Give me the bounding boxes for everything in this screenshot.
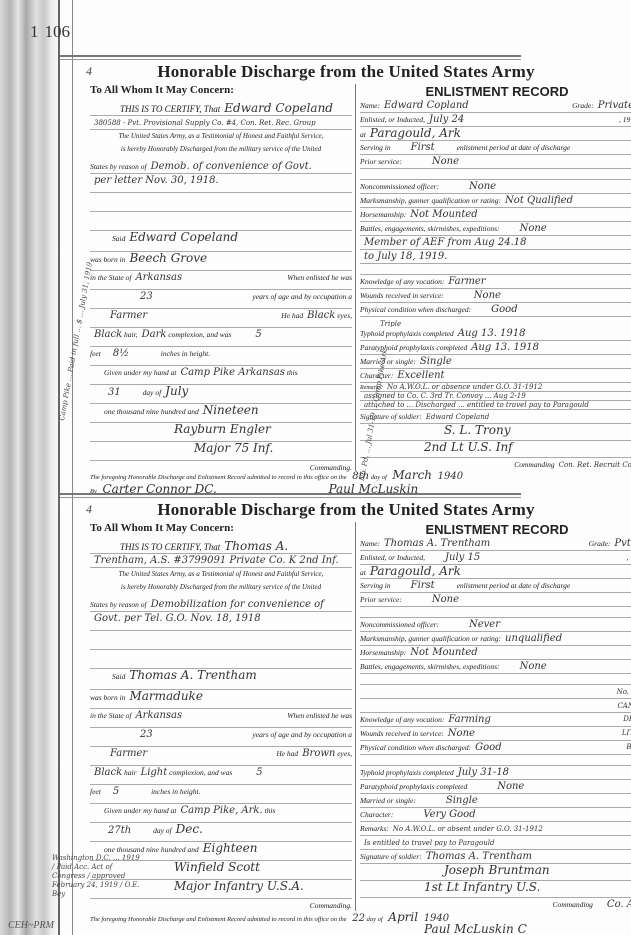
discharge-reason: Demob. of convenience of Govt. — [151, 161, 312, 172]
serial-line: 380588 - Pvt. Provisional Supply Co. #4,… — [94, 119, 316, 127]
recording-statement: The foregoing Honorable Discharge and En… — [90, 468, 630, 482]
discharge-certificate: To All Whom It May Concern: THIS IS TO C… — [90, 84, 352, 474]
enlistment-record: ENLISTMENT RECORD Name:Thomas A. Trentha… — [355, 522, 631, 911]
soldier-name: Thomas A. — [224, 540, 288, 553]
soldier-name: Edward Copeland — [224, 102, 333, 115]
serial-line: Trentham, A.S. #3799091 Private Co. K 2n… — [94, 555, 339, 566]
occupation: Farmer — [110, 310, 147, 321]
salutation: To All Whom It May Concern: — [90, 522, 352, 534]
enlistment-heading: ENLISTMENT RECORD — [360, 522, 631, 537]
scan-credit: CEH~PRM — [8, 920, 54, 931]
birthplace: Marmaduke — [129, 690, 203, 703]
officer-signature: Winfield Scott — [174, 861, 260, 874]
record-title: Honorable Discharge from the United Stat… — [62, 500, 630, 520]
record-title: Honorable Discharge from the United Stat… — [62, 62, 630, 82]
binding-rule — [58, 0, 60, 935]
officer-signature: Rayburn Engler — [174, 423, 271, 436]
age: 23 — [140, 291, 153, 302]
birth-state: Arkansas — [135, 710, 182, 721]
enlistment-heading: ENLISTMENT RECORD — [360, 84, 631, 99]
occupation: Farmer — [110, 748, 147, 759]
discharge-record-2: 4 Honorable Discharge from the United St… — [62, 498, 630, 918]
enlistment-record: ENLISTMENT RECORD Name:Edward CoplandGra… — [355, 84, 631, 471]
margin-annotation: Camp Pike ... Paid in full ... $ ... Jul… — [58, 261, 94, 421]
book-binding-edge — [0, 0, 60, 935]
birth-state: Arkansas — [135, 272, 182, 283]
page-number: 1106 — [30, 22, 70, 42]
age: 23 — [140, 729, 153, 740]
salutation: To All Whom It May Concern: — [90, 84, 352, 96]
discharge-reason: Demobilization for convenience of — [151, 599, 324, 610]
birthplace: Beech Grove — [129, 252, 207, 265]
margin-annotation: Washington D.C. ... 1919 / Paid Acc. Act… — [52, 854, 142, 899]
discharge-record-1: 4 Honorable Discharge from the United St… — [62, 60, 630, 480]
